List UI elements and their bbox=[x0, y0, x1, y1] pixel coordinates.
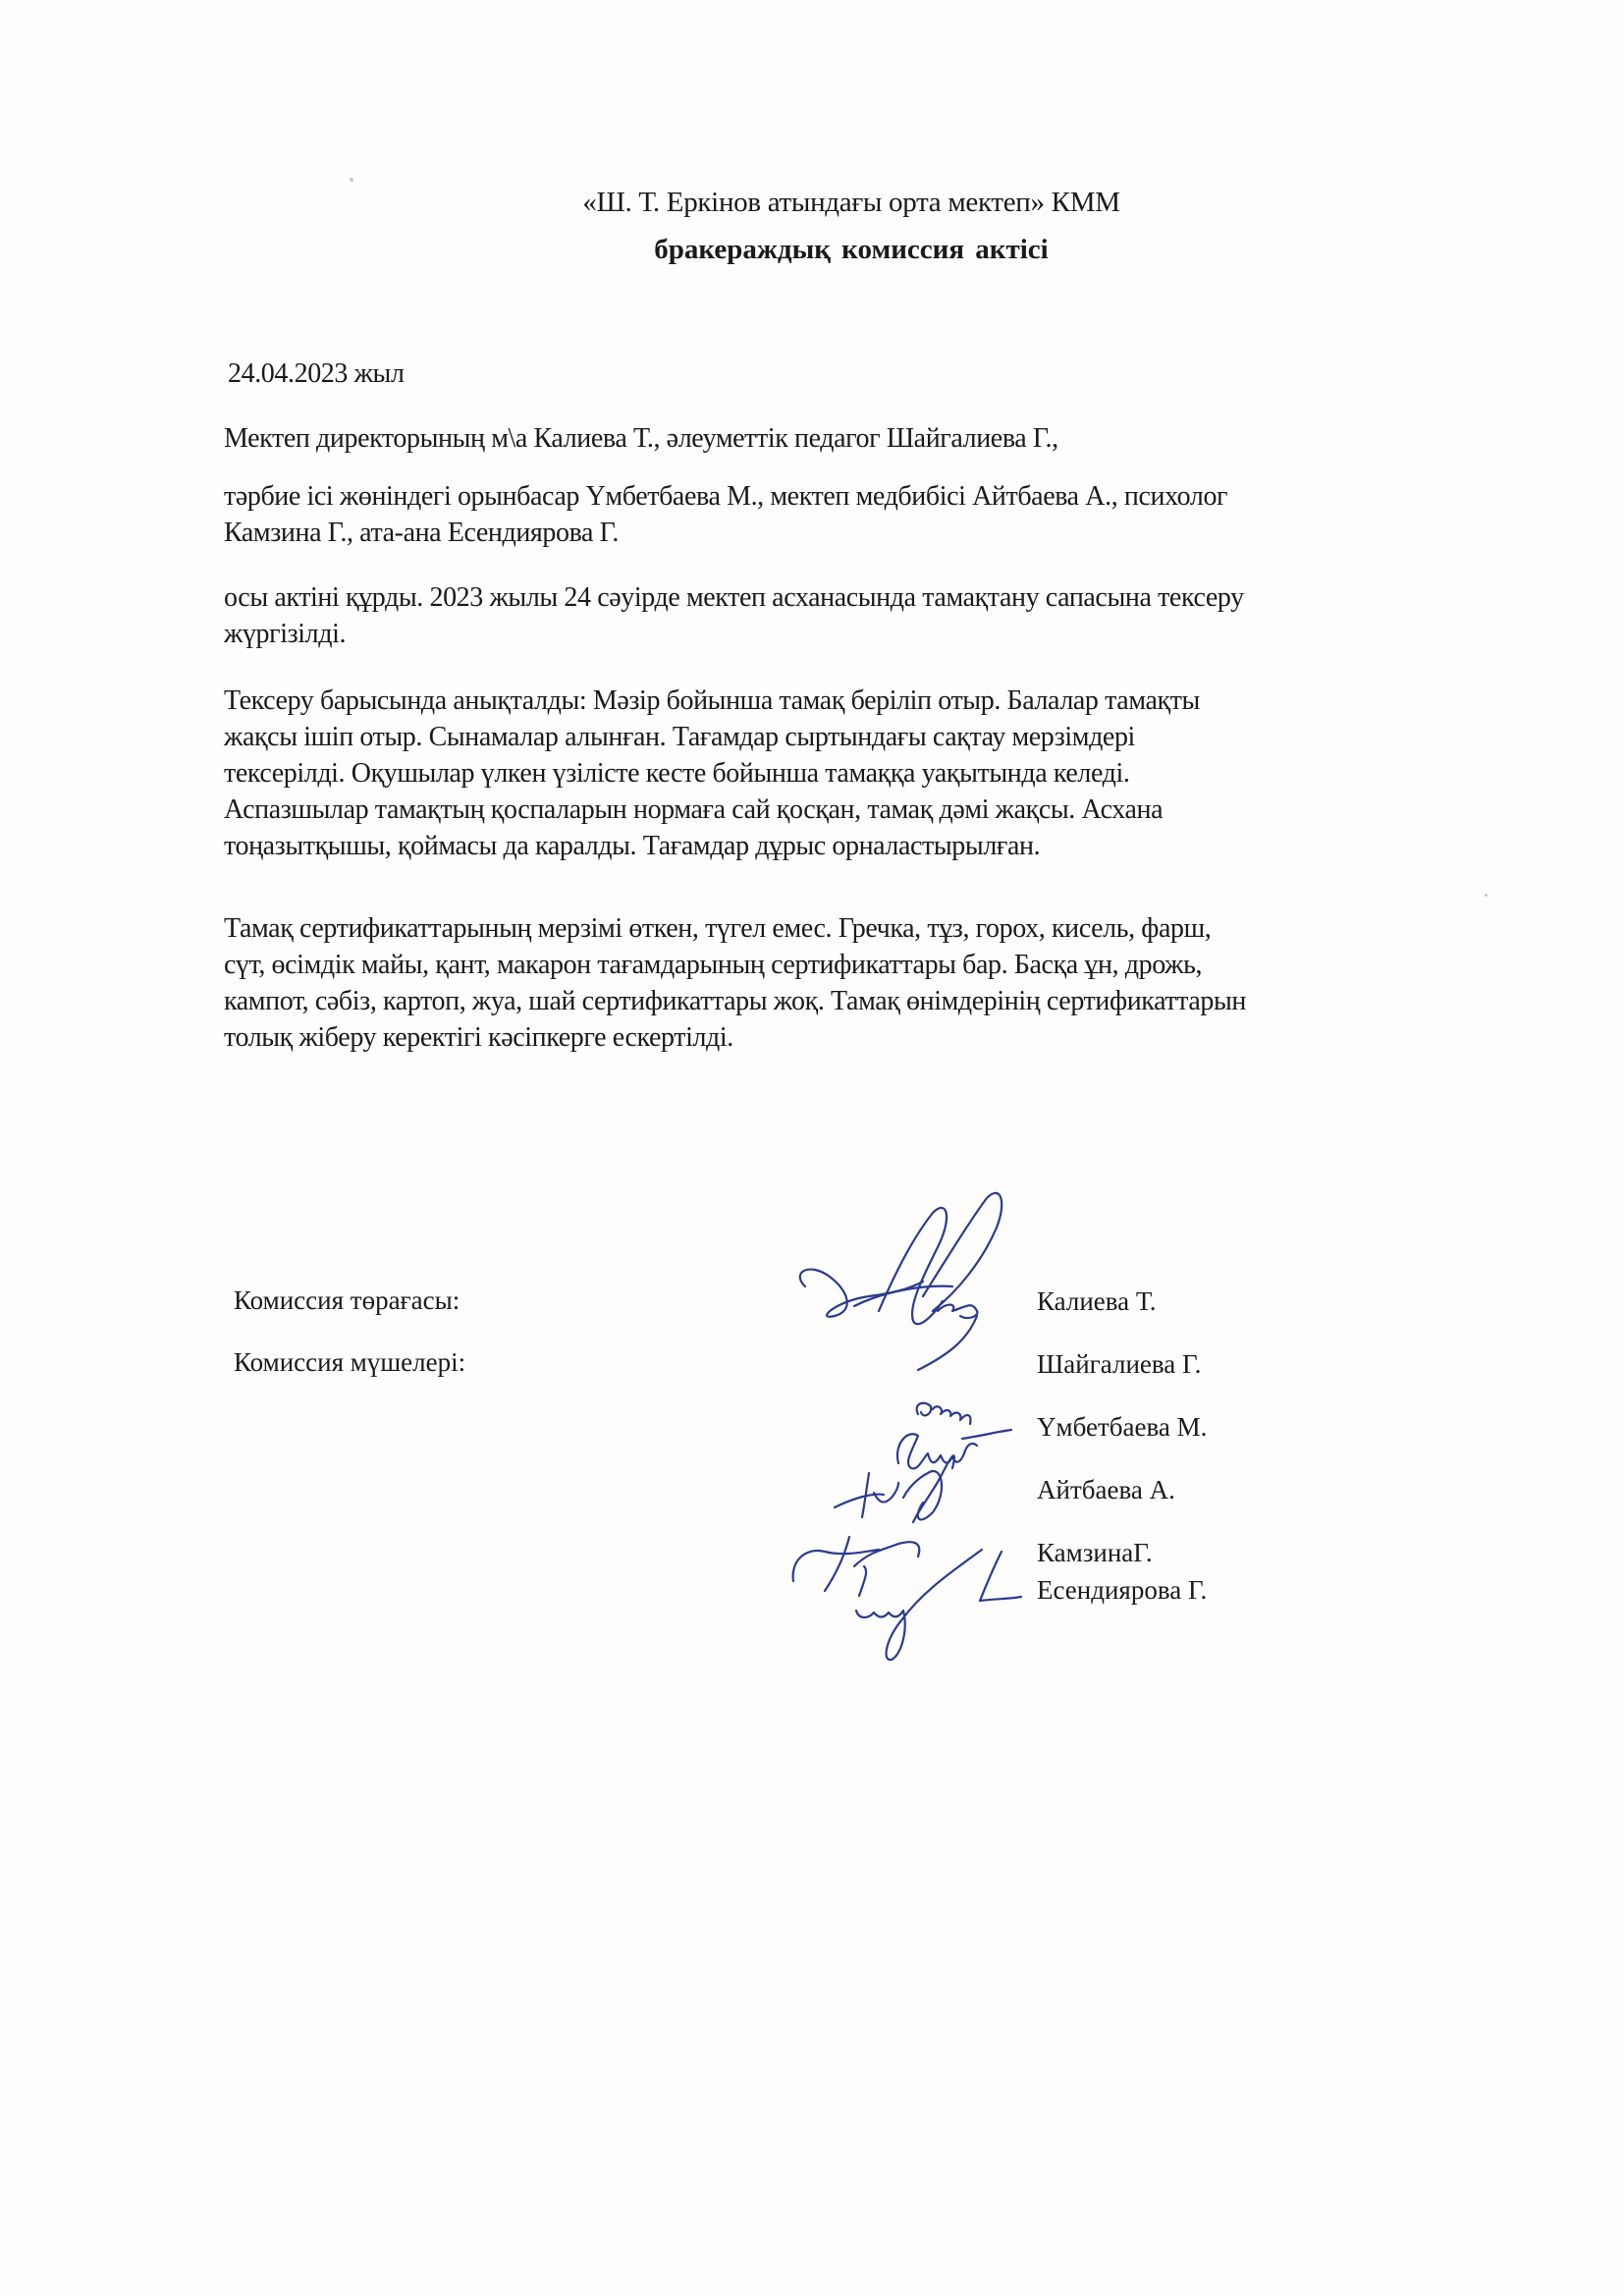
organization-title: «Ш. Т. Еркінов атындағы орта мектеп» КММ bbox=[0, 183, 1624, 222]
act-title: бракераждық комиссия актісі bbox=[0, 230, 1624, 269]
text-line: Мектеп директорының м\а Калиева Т., әлеу… bbox=[224, 420, 1540, 457]
text-line: Камзина Г., ата-ана Есендиярова Г. bbox=[224, 515, 1540, 551]
signatory-name: Айтбаева А. bbox=[1037, 1472, 1207, 1535]
text-line: тексерілді. Оқушылар үлкен үзілісте кест… bbox=[224, 755, 1540, 792]
signatory-name: Калиева Т. bbox=[1037, 1284, 1207, 1346]
paragraph-composition: Мектеп директорының м\а Калиева Т., әлеу… bbox=[224, 420, 1540, 457]
paragraph-members: тәрбие ісі жөніндегі орынбасар Үмбетбаев… bbox=[224, 478, 1540, 551]
handwritten-signatures bbox=[776, 1178, 1051, 1669]
signatory-name: Шайгалиева Г. bbox=[1037, 1346, 1207, 1409]
text-line: жүргізілді. bbox=[224, 616, 1540, 652]
signatory-name: Үмбетбаева М. bbox=[1037, 1409, 1207, 1472]
signature-labels: Комиссия төрағасы: Комиссия мүшелері: bbox=[234, 1283, 465, 1406]
text-line: Аспазшылар тамақтың қоспаларын нормаға с… bbox=[224, 792, 1540, 828]
paragraph-findings: Тексеру барысында анықталды: Мәзір бойын… bbox=[224, 683, 1540, 864]
paragraph-purpose: осы актіні құрды. 2023 жылы 24 сәуірде м… bbox=[224, 579, 1540, 652]
scan-speck bbox=[1485, 894, 1488, 897]
text-line: толық жіберу керектігі кәсіпкерге ескерт… bbox=[224, 1019, 1540, 1056]
signature-ink-icon bbox=[776, 1178, 1051, 1669]
paragraph-certificates: Тамақ сертификаттарының мерзімі өткен, т… bbox=[224, 910, 1540, 1056]
text-line: кампот, сәбіз, картоп, жуа, шай сертифик… bbox=[224, 983, 1540, 1019]
signatory-name: КамзинаГ. bbox=[1037, 1535, 1207, 1572]
document-page: «Ш. Т. Еркінов атындағы орта мектеп» КММ… bbox=[0, 0, 1624, 2296]
document-date: 24.04.2023 жыл bbox=[228, 355, 1543, 392]
text-line: Тамақ сертификаттарының мерзімі өткен, т… bbox=[224, 910, 1540, 947]
signatory-name: Есендиярова Г. bbox=[1037, 1572, 1207, 1635]
text-line: жақсы ішіп отыр. Сынамалар алынған. Таға… bbox=[224, 719, 1540, 755]
text-line: тәрбие ісі жөніндегі орынбасар Үмбетбаев… bbox=[224, 478, 1540, 515]
scan-speck bbox=[350, 178, 353, 182]
text-line: сүт, өсімдік майы, қант, макарон тағамда… bbox=[224, 947, 1540, 983]
document-header: «Ш. Т. Еркінов атындағы орта мектеп» КММ… bbox=[0, 183, 1624, 269]
chair-label: Комиссия төрағасы: bbox=[234, 1283, 465, 1318]
text-line: осы актіні құрды. 2023 жылы 24 сәуірде м… bbox=[224, 579, 1540, 616]
text-line: тоңазытқышы, қоймасы да каралды. Тағамда… bbox=[224, 828, 1540, 864]
text-line: Тексеру барысында анықталды: Мәзір бойын… bbox=[224, 683, 1540, 719]
members-label: Комиссия мүшелері: bbox=[234, 1344, 465, 1380]
signatory-names: Калиева Т. Шайгалиева Г. Үмбетбаева М. А… bbox=[1037, 1284, 1207, 1635]
